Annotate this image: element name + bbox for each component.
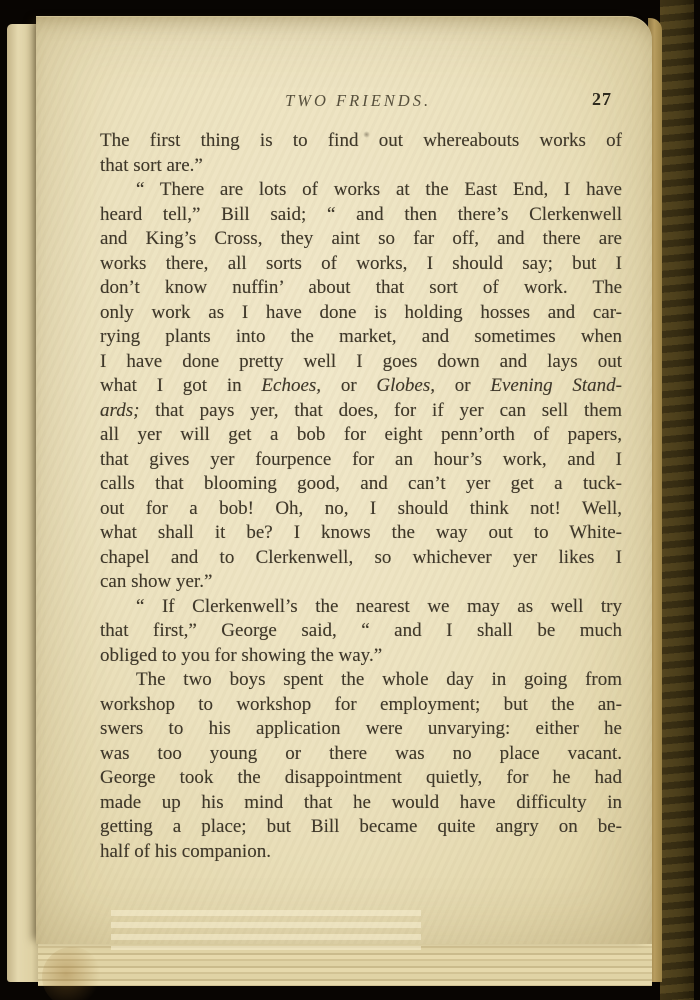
text-line: George took the disappointment quietly, …	[100, 766, 622, 791]
text-line: what I got in Echoes, or Globes, or Even…	[100, 374, 622, 399]
text-line: don’t know nuffin’ about that sort of wo…	[100, 276, 622, 301]
text-line: half of his companion.	[100, 840, 622, 865]
text-line: calls that blooming good, and can’t yer …	[100, 472, 622, 497]
text-line: obliged to you for showing the way.”	[100, 644, 622, 669]
text-line: all yer will get a bob for eight penn’or…	[100, 423, 622, 448]
text-line: only work as I have done is holding hoss…	[100, 301, 622, 326]
text-line: I have done pretty well I goes down and …	[100, 350, 622, 375]
text-line: swers to his application were unvarying:…	[100, 717, 622, 742]
running-title: TWO FRIENDS.	[285, 91, 431, 111]
text-line: and King’s Cross, they aint so far off, …	[100, 227, 622, 252]
scan-artifact	[111, 910, 421, 950]
stain-mark	[42, 947, 102, 1000]
adjacent-page-edge	[7, 24, 38, 982]
text-line: ards; that pays yer, that does, for if y…	[100, 399, 622, 424]
text-line: “ If Clerkenwell’s the nearest we may as…	[100, 595, 622, 620]
text-line: that sort are.”	[100, 154, 622, 179]
text-line: heard tell,” Bill said; “ and then there…	[100, 203, 622, 228]
book-cover-edge	[660, 0, 694, 1000]
text-line: that gives yer fourpence for an hour’s w…	[100, 448, 622, 473]
page-header: TWO FRIENDS. 27	[100, 91, 622, 117]
text-line: chapel and to Clerkenwell, so whichever …	[100, 546, 622, 571]
text-line: workshop to workshop for employment; but…	[100, 693, 622, 718]
text-line: made up his mind that he would have diff…	[100, 791, 622, 816]
text-line: “ There are lots of works at the East En…	[100, 178, 622, 203]
page-number: 27	[592, 89, 612, 110]
text-line: The first thing is to find out whereabou…	[100, 129, 622, 154]
text-line: out for a bob! Oh, no, I should think no…	[100, 497, 622, 522]
text-line: rying plants into the market, and someti…	[100, 325, 622, 350]
text-line: was too young or there was no place vaca…	[100, 742, 622, 767]
book-page: TWO FRIENDS. 27 The first thing is to fi…	[36, 16, 652, 944]
text-line: what shall it be? I knows the way out to…	[100, 521, 622, 546]
text-line: that first,” George said, “ and I shall …	[100, 619, 622, 644]
text-line: getting a place; but Bill became quite a…	[100, 815, 622, 840]
page-text-block: The first thing is to find out whereabou…	[100, 129, 622, 864]
scanned-book-page: TWO FRIENDS. 27 The first thing is to fi…	[0, 0, 700, 1000]
text-line: works there, all sorts of works, I shoul…	[100, 252, 622, 277]
text-line: can show yer.”	[100, 570, 622, 595]
text-line: The two boys spent the whole day in goin…	[100, 668, 622, 693]
